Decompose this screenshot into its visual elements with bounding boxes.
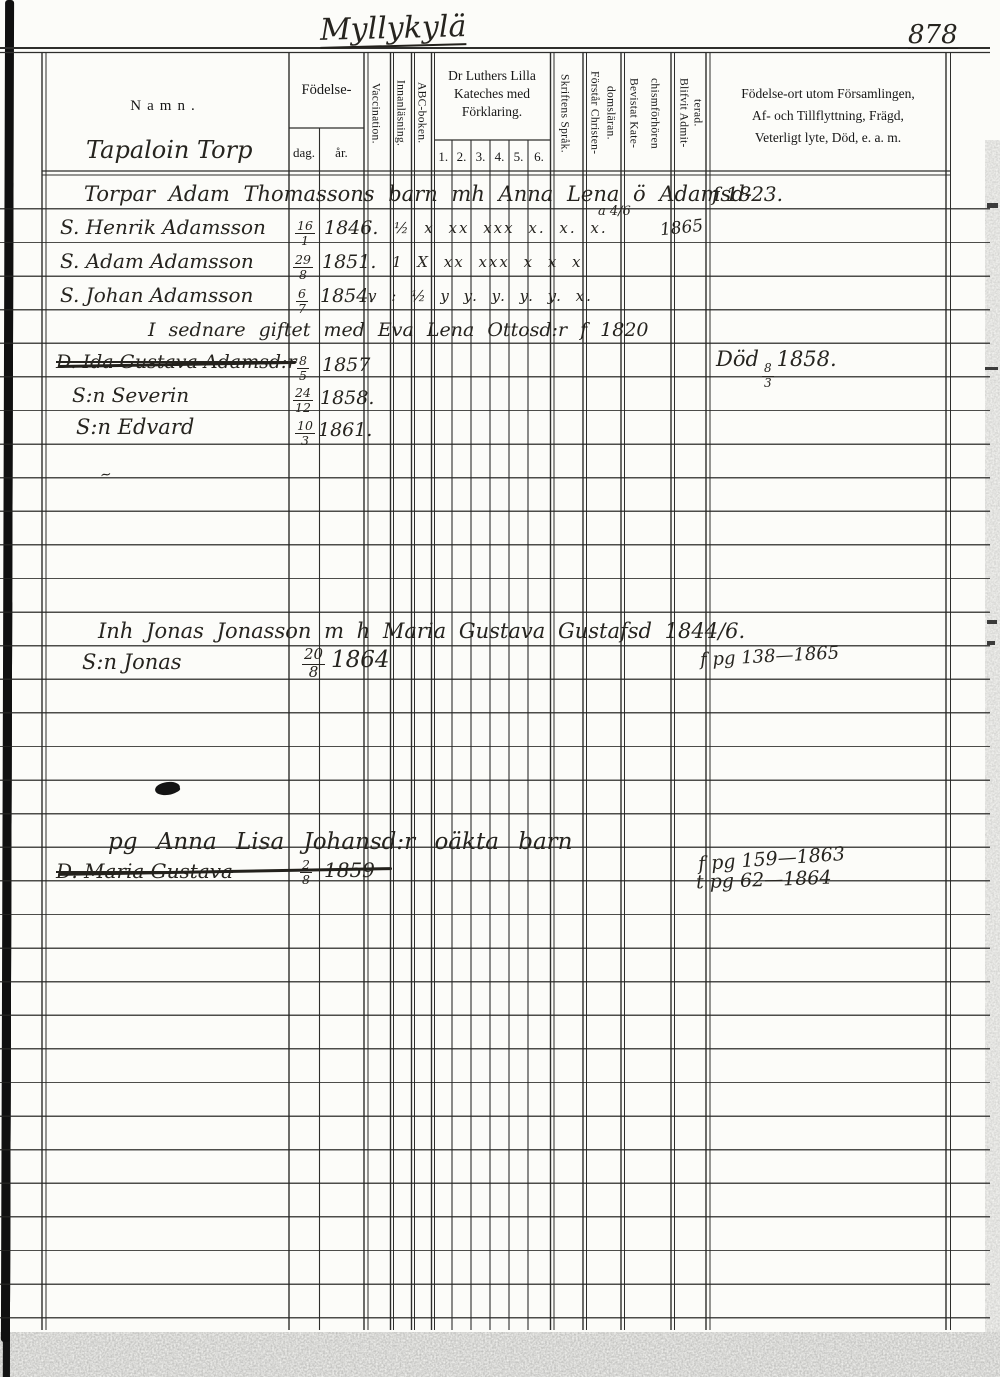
entry-family-birth-note: f 1823. — [712, 184, 783, 204]
col-header-attended-examination-line1: Bevistat Kate- — [627, 57, 647, 169]
edge-mark — [987, 641, 995, 645]
catechism-subcol-1: 1. — [435, 149, 453, 165]
entry-family-header-anna-lisa: pg Anna Lisa Johansd:r oäkta barn — [108, 831, 572, 854]
month-denominator: 3 — [301, 434, 309, 447]
birth-day-edvard: 10 3 — [295, 419, 315, 447]
birth-day-adam: 29 8 — [293, 253, 313, 281]
exam-marks-henrik: ½ x xx xxx x. x. x. — [394, 221, 608, 236]
church-record-page: Myllykylä 878 Namn. Tapaloin Torp Födels… — [0, 0, 1000, 1377]
edge-mark — [985, 367, 998, 370]
month-denominator: 12 — [295, 401, 311, 414]
birth-year-ida: 1857 — [322, 356, 370, 375]
day-numerator: 16 — [295, 219, 315, 234]
month-denominator: 5 — [299, 369, 307, 382]
birth-day-johan: 6 7 — [296, 287, 308, 315]
col-header-catechism-line1: Dr Luthers Lilla — [434, 68, 550, 84]
col-header-birth-day: dag. — [289, 145, 319, 161]
birth-day-henrik: 16 1 — [295, 219, 315, 247]
catechism-subcol-2: 2. — [452, 149, 471, 165]
col-header-abc-book: ABC-boken. — [415, 57, 432, 169]
col-header-birthplace-line3: Veterligt lyte, Död, e. a. m. — [710, 130, 946, 146]
birth-year-jonas: 1864 — [331, 649, 390, 672]
catechism-subcol-5: 5. — [509, 149, 528, 165]
month-denominator: 8 — [299, 268, 307, 281]
entry-name-johan: S. Johan Adamsson — [60, 285, 253, 305]
col-header-admitted-line1: Blifvit Admit- — [677, 57, 691, 169]
col-header-vaccination: Vaccination. — [369, 57, 391, 169]
month-denominator: 8 — [309, 665, 319, 681]
day-numerator: 8 — [297, 354, 309, 369]
death-note-ida: Död831858. — [716, 349, 837, 389]
day-numerator: 10 — [295, 419, 315, 434]
admitted-year-henrik: 1865 — [659, 218, 704, 239]
exam-marks-johan: v : ½ y y. y. y. y. x. — [368, 289, 593, 304]
death-date-fraction: 83 — [762, 362, 774, 389]
month-denominator: 8 — [302, 873, 310, 886]
birth-day-maria: 2 8 — [300, 858, 312, 886]
catechism-subcol-4: 4. — [490, 149, 509, 165]
day-numerator: 24 — [293, 386, 313, 401]
col-header-reading: Innanläsning. — [394, 57, 412, 169]
month-denominator: 7 — [298, 302, 306, 315]
col-header-catechism-line3: Förklaring. — [434, 104, 550, 120]
month-denominator: 1 — [301, 234, 309, 247]
col-header-name: Namn. — [42, 98, 289, 115]
edge-mark — [987, 620, 997, 624]
birth-day-jonas: 20 8 — [302, 647, 325, 681]
col-header-admitted-line2: terad. — [691, 57, 705, 169]
col-header-birthplace-line1: Födelse-ort utom Församlingen, — [710, 86, 946, 102]
birth-year-henrik: 1846. — [324, 219, 378, 238]
col-header-attended-examination-line2: chismförhören — [648, 57, 668, 169]
death-month: 3 — [764, 377, 772, 390]
birth-year-severin: 1858. — [320, 389, 374, 408]
birth-year-edvard: 1861. — [318, 421, 372, 440]
col-header-catechism-line2: Kateches med — [434, 86, 550, 102]
col-header-birth-year: år. — [319, 145, 364, 161]
exam-marks-adam: 1 X xx xxx x x x — [392, 255, 583, 270]
catechism-subcol-6: 6. — [528, 149, 550, 165]
birth-day-ida: 8 5 — [297, 354, 309, 382]
death-day: 8 — [762, 362, 774, 377]
day-numerator: 6 — [296, 287, 308, 302]
page-title-handwritten: Myllykylä — [320, 12, 467, 49]
entry-name-jonas: S:n Jonas — [82, 652, 182, 673]
catechism-subcol-3: 3. — [471, 149, 490, 165]
col-header-birthplace-line2: Af- och Tillflyttning, Frägd, — [710, 108, 946, 124]
ink-squiggle: ~ — [99, 467, 113, 482]
ruled-lines — [0, 176, 990, 1319]
entry-family-header-jonas: Inh Jonas Jonasson m h Maria Gustava Gus… — [98, 621, 745, 642]
page-number: 878 — [908, 22, 958, 49]
entry-family-small-note: a 4/6 — [598, 205, 631, 218]
death-word: Död — [716, 347, 759, 371]
col-header-understands-doctrine-line1: Förstår Christen- — [588, 57, 604, 169]
edge-mark — [987, 203, 998, 208]
entry-name-adam: S. Adam Adamsson — [60, 251, 254, 271]
birth-day-severin: 24 12 — [293, 386, 313, 414]
entry-name-edvard: S:n Edvard — [76, 417, 194, 438]
entry-name-henrik: S. Henrik Adamsson — [60, 217, 266, 237]
death-year: 1858. — [777, 347, 837, 371]
day-numerator: 29 — [293, 253, 313, 268]
entry-second-marriage: I sednare giftet med Eva Lena Ottosd:r f… — [148, 321, 649, 340]
moved-to-note-maria: t pg 62—1864 — [696, 869, 832, 893]
entry-family-header-adam: Torpar Adam Thomassons barn mh Anna Lena… — [84, 184, 752, 205]
birth-year-johan: 1854. — [320, 287, 374, 306]
col-header-understands-doctrine-line2: domsläran. — [604, 57, 620, 169]
entry-name-severin: S:n Severin — [72, 385, 189, 405]
col-header-birth: Födelse- — [289, 82, 364, 99]
col-header-scripture-language: Skriftens Språk. — [558, 57, 582, 169]
farm-name-handwritten: Tapaloin Torp — [86, 138, 252, 162]
birth-year-adam: 1851. — [322, 253, 376, 272]
